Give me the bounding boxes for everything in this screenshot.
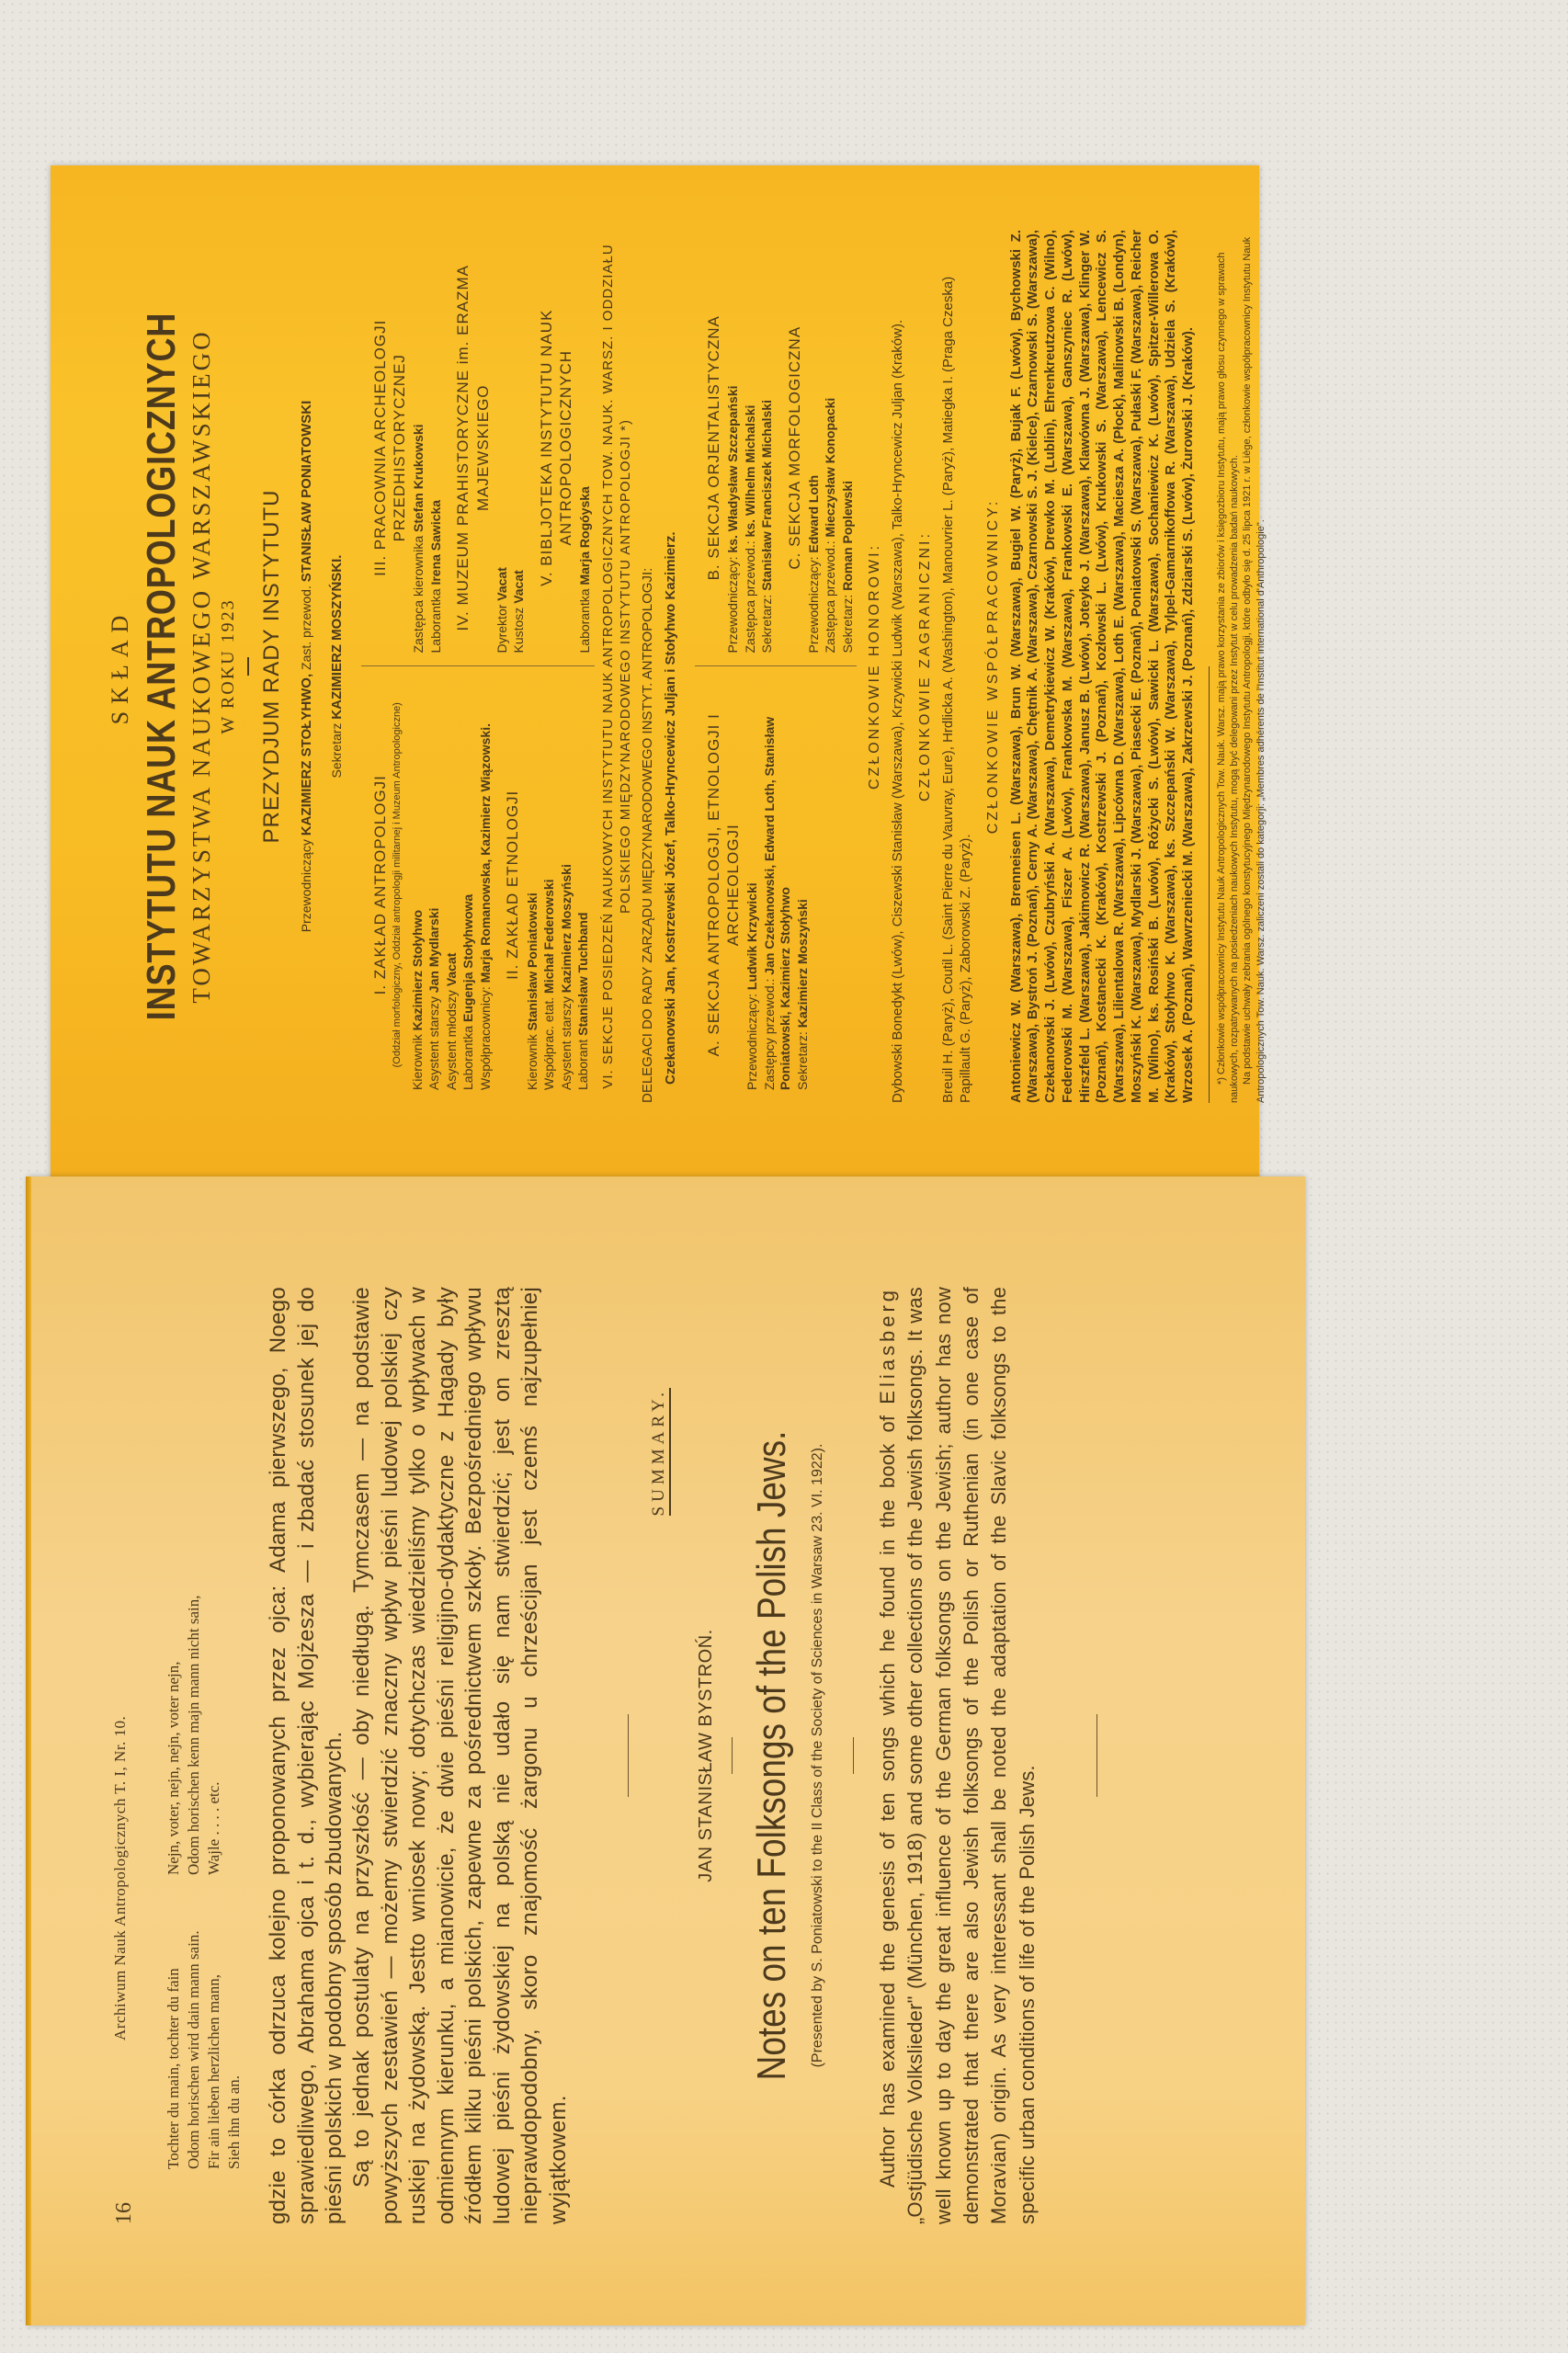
- row-label: Asystent starszy: [559, 993, 574, 1090]
- section-title: II. ZAKŁAD ETNOLOGJI: [503, 680, 522, 1091]
- staff-row: Współpracownicy: Marja Romanowska, Kazim…: [478, 680, 494, 1091]
- section-a: A. SEKCJA ANTROPOLOGJI, ETNOLOGJI I ARCH…: [695, 667, 858, 1104]
- row-label: Sekretarz:: [759, 591, 774, 654]
- song-left-stanza: Tochter du main, tochter du fainOdom hor…: [164, 1875, 244, 2169]
- row-label: Laborantka: [428, 585, 443, 654]
- foreign-title: CZŁONKOWIE ZAGRANICZNI:: [916, 230, 935, 1103]
- row-label: Laborantka: [577, 585, 592, 654]
- row-label: Laborant: [575, 1036, 590, 1090]
- collaborating-members: Antoniewicz W. (Warszawa), Brenneisen L.…: [1008, 230, 1198, 1103]
- row-label: Laborantka: [460, 1022, 475, 1090]
- institute-title: INSTYTUTU NAUK ANTROPOLOGICZNYCH: [136, 309, 187, 1025]
- presidium-line: Przewodniczący KAZIMIERZ STOŁYHWO, Zast.…: [299, 230, 316, 1103]
- foreign-members: Breuil H. (Paryż), Coutil L. (Saint Pier…: [940, 230, 975, 1103]
- row-label: Współpracownicy:: [478, 983, 493, 1090]
- staff-row: Laborantka Marja Rogóyska: [577, 243, 594, 654]
- section-title: I. ZAKŁAD ANTROPOLOGJI: [370, 680, 390, 1091]
- row-name: Irena Sawicka: [428, 500, 443, 585]
- staff-row: Laborantka Eugenja Stołyhwowa: [460, 680, 477, 1091]
- song-line: Sieh ihn du an.: [224, 1875, 244, 2169]
- row-label: Dyrektor: [494, 601, 509, 654]
- section-b-c: B. SEKCJA ORJENTALISTYCZNA Przewodnicząc…: [695, 230, 858, 667]
- staff-list: Zastępca kierownika Stefan KrukowskiLabo…: [411, 243, 444, 654]
- short-rule: [853, 1737, 854, 1774]
- row-name: Stefan Krukowski: [411, 425, 426, 532]
- row-name: Mieczysław Konopacki: [823, 398, 837, 538]
- section-rule: [628, 1714, 629, 1797]
- row-name: Kazimierz Stołyhwo: [410, 910, 425, 1030]
- section-subtitle: (Oddział morfologiczny, Oddział antropol…: [392, 680, 404, 1091]
- staff-row: Sekretarz: Stanisław Franciszek Michalsk…: [759, 243, 776, 654]
- row-name: Vacat: [511, 570, 526, 604]
- row-label: Przewodniczący:: [725, 553, 740, 654]
- short-rule: [732, 1737, 733, 1774]
- row-name: ks. Władysław Szczepański: [725, 385, 740, 552]
- row-label: Kustosz: [511, 604, 526, 654]
- label: Przewodniczący: [299, 839, 313, 932]
- row-label: Zastępca przewod.:: [823, 537, 837, 653]
- row-name: Eugenja Stołyhwowa: [460, 894, 475, 1022]
- sections-title: VI. SEKCJE POSIEDZEŃ NAUKOWYCH INSTYTUTU…: [600, 230, 635, 1103]
- row-label: Sekretarz:: [795, 1028, 810, 1090]
- row-label: Zastępcy przewod.:: [762, 975, 777, 1090]
- year-line: W ROKU 1923: [217, 230, 240, 1103]
- end-rule: [1096, 1714, 1097, 1797]
- staff-list: Laborantka Marja Rogóyska: [577, 243, 594, 654]
- footnote-2: Na podstawie uchwały zebrania ogólnego k…: [1241, 230, 1267, 1103]
- section-title: B. SEKCJA ORJENTALISTYCZNA: [704, 243, 723, 654]
- presidium-title: PREZYDJUM RADY INSTYTUTU: [258, 230, 286, 1103]
- body-paragraph-2: Są to jednak postulaty na przyszłość — o…: [348, 1287, 573, 2224]
- song-right-stanza: Nejn, voter, nejn, nejn, voter nejn,Odom…: [164, 1581, 244, 1875]
- heading-sklad: SKŁAD: [106, 230, 136, 1103]
- departments-right-column: III. PRACOWNIA ARCHEOLOGJI PRZEDHISTORYC…: [361, 230, 595, 667]
- secretary-name: KAZIMIERZ MOSZYŃSKI.: [329, 555, 345, 720]
- summary-label: SUMMARY.: [649, 1388, 671, 1516]
- staff-row: Kierownik Stanisław Poniatowski: [525, 680, 541, 1091]
- section-title: A. SEKCJA ANTROPOLOGJI, ETNOLOGJI I ARCH…: [704, 680, 744, 1091]
- staff-row: Kierownik Kazimierz Stołyhwo: [410, 680, 426, 1091]
- staff-row: Asystent starszy Kazimierz Moszyński: [559, 680, 575, 1091]
- staff-row: Zastępca przewod.: ks. Wilhelm Michalski: [743, 243, 759, 654]
- english-title: Notes on ten Folksongs of the Polish Jew…: [745, 1362, 799, 2150]
- chairman-name: KAZIMIERZ STOŁYHWO,: [299, 674, 314, 835]
- row-label: Współprac. etat.: [541, 994, 556, 1090]
- staff-row: Laborant Stanisław Tuchband: [575, 680, 592, 1091]
- secretary-line: Sekretarz KAZIMIERZ MOSZYŃSKI.: [329, 230, 347, 1103]
- song-line: Odom horischen kenn majn mann nicht sain…: [184, 1581, 204, 1875]
- summary-text-1: Author has examined the genesis of ten s…: [876, 1415, 899, 2188]
- row-label: Asystent młodszy: [444, 986, 459, 1090]
- officer-list: Przewodniczący: ks. Władysław Szczepańsk…: [725, 243, 776, 654]
- summary-heading: SUMMARY.: [647, 1388, 670, 2224]
- row-label: Zastępca kierownika: [411, 532, 426, 654]
- staff-row: Zastępca przewod.: Mieczysław Konopacki: [823, 243, 839, 654]
- staff-row: Kustosz Vacat: [511, 243, 528, 654]
- row-name: Ludwik Krzywicki: [744, 882, 759, 990]
- song-line: Tochter du main, tochter du fain: [164, 1875, 184, 2169]
- staff-list: Kierownik Kazimierz StołyhwoAsystent sta…: [410, 680, 494, 1091]
- row-name: Vacat: [444, 953, 459, 987]
- running-title: Archiwum Nauk Antropologicznych T. I, Nr…: [110, 1287, 140, 2040]
- staff-row: Dyrektor Vacat: [494, 243, 511, 654]
- row-name: Roman Poplewski: [840, 481, 855, 591]
- sections: A. SEKCJA ANTROPOLOGJI, ETNOLOGJI I ARCH…: [695, 230, 858, 1103]
- divider: [247, 657, 249, 676]
- row-label: Kierownik: [525, 1030, 540, 1090]
- society-title: TOWARZYSTWA NAUKOWEGO WARSZAWSKIEGO: [187, 230, 218, 1103]
- row-label: Kierownik: [410, 1030, 425, 1090]
- officer-list: Przewodniczący: Edward LothZastępca prze…: [806, 243, 857, 654]
- staff-row: Sekretarz: Kazimierz Moszyński: [795, 680, 812, 1091]
- song-line: Odom horischen wird dain mann sain.: [184, 1875, 204, 2169]
- staff-row: Przewodniczący: ks. Władysław Szczepańsk…: [725, 243, 742, 654]
- staff-row: Asystent młodszy Vacat: [444, 680, 460, 1091]
- row-label: Przewodniczący:: [744, 990, 759, 1090]
- staff-list: Dyrektor VacatKustosz Vacat: [494, 243, 528, 654]
- section-title: V. BIBLJOTEKA INSTYTUTU NAUK ANTROPOLOGI…: [537, 243, 576, 654]
- staff-row: Współprac. etat. Michał Federowski: [541, 680, 558, 1091]
- section-title: C. SEKCJA MORFOLOGICZNA: [785, 243, 804, 654]
- section-title: IV. MUZEUM PRAHISTORYCZNE im. ERAZMA MAJ…: [453, 243, 493, 654]
- staff-row: Zastępca kierownika Stefan Krukowski: [411, 243, 427, 654]
- song-line: Nejn, voter, nejn, nejn, voter nejn,: [164, 1581, 184, 1875]
- staff-row: Przewodniczący: Edward Loth: [806, 243, 823, 654]
- label: Sekretarz: [329, 723, 344, 779]
- body-paragraph-1: gdzie to córka odrzuca kolejno proponowa…: [265, 1287, 348, 2224]
- staff-row: Asystent starszy Jan Mydlarski: [426, 680, 443, 1091]
- page-institute-composition: SKŁAD INSTYTUTU NAUK ANTROPOLOGICZNYCH T…: [51, 165, 1259, 1186]
- departments-left-column: I. ZAKŁAD ANTROPOLOGJI (Oddział morfolog…: [361, 667, 595, 1104]
- officer-list: Przewodniczący: Ludwik KrzywickiZastępcy…: [744, 680, 811, 1091]
- row-name: Vacat: [494, 567, 509, 601]
- summary-text-2: „Ostjüdische Volkslieder" (München, 1918…: [903, 1287, 1038, 2224]
- section-title: III. PRACOWNIA ARCHEOLOGJI PRZEDHISTORYC…: [370, 243, 410, 654]
- footnote-rule: [1209, 666, 1210, 1103]
- row-label: Sekretarz:: [840, 591, 855, 654]
- delegates-names: Czekanowski Jan, Kostrzewski Józef, Talk…: [663, 230, 680, 1103]
- delegates-title: DELEGACI DO RADY ZARZĄDU MIĘDZYNARODOWEG…: [640, 230, 657, 1103]
- running-header: 16 Archiwum Nauk Antropologicznych T. I,…: [110, 1287, 140, 2224]
- row-label: Asystent starszy: [426, 993, 441, 1090]
- row-name: Kazimierz Moszyński: [559, 864, 574, 993]
- author-name: JAN STANISŁAW BYSTROŃ.: [694, 1287, 718, 2224]
- staff-row: Zastępcy przewod.: Jan Czekanowski, Edwa…: [762, 680, 794, 1091]
- row-name: ks. Wilhelm Michalski: [743, 405, 757, 538]
- spaced-author: Eliasberg: [876, 1287, 899, 1404]
- row-name: Stanisław Poniatowski: [525, 892, 540, 1030]
- presented-by: (Presented by S. Poniatowski to the II C…: [808, 1287, 827, 2224]
- row-name: Kazimierz Moszyński: [795, 899, 810, 1028]
- row-name: Marja Romanowska, Kazimierz Wiązowski.: [478, 723, 493, 983]
- song-quote: Tochter du main, tochter du fainOdom hor…: [164, 1287, 244, 2169]
- row-label: Zastępca przewod.:: [743, 537, 757, 653]
- summary-paragraph: Author has examined the genesis of ten s…: [874, 1287, 1041, 2224]
- page-number: 16: [110, 2040, 140, 2224]
- row-label: Przewodniczący:: [806, 553, 821, 654]
- footnote-1: *) Członkowie współpracownicy Instytutu …: [1215, 230, 1242, 1103]
- staff-row: Przewodniczący: Ludwik Krzywicki: [744, 680, 761, 1091]
- departments: I. ZAKŁAD ANTROPOLOGJI (Oddział morfolog…: [361, 230, 595, 1103]
- page-16: 16 Archiwum Nauk Antropologicznych T. I,…: [28, 1176, 1305, 2325]
- staff-row: Laborantka Irena Sawicka: [428, 243, 445, 654]
- row-name: Marja Rogóyska: [577, 486, 592, 585]
- song-line: Wajle . . . . etc.: [204, 1581, 224, 1875]
- page-fold: [26, 1176, 31, 2325]
- honorary-title: CZŁONKOWIE HONOROWI:: [866, 230, 884, 1103]
- staff-list: Kierownik Stanisław PoniatowskiWspółprac…: [525, 680, 592, 1091]
- honorary-members: Dybowski Bonedykt (Lwów), Ciszewski Stan…: [890, 230, 907, 1103]
- staff-row: Sekretarz: Roman Poplewski: [840, 243, 857, 654]
- song-line: Fir ain lieben herzlichen mann,: [204, 1875, 224, 2169]
- deputy-name: STANISŁAW PONIATOWSKI: [299, 401, 314, 583]
- row-name: Stanisław Tuchband: [575, 913, 590, 1036]
- row-name: Edward Loth: [806, 475, 821, 553]
- collaborators-title: CZŁONKOWIE WSPÓŁPRACOWNICY:: [984, 230, 1003, 1103]
- label: Zast. przewod.: [299, 585, 313, 670]
- row-name: Stanisław Franciszek Michalski: [759, 400, 774, 591]
- row-name: Michał Federowski: [541, 879, 556, 993]
- row-name: Jan Mydlarski: [426, 908, 441, 994]
